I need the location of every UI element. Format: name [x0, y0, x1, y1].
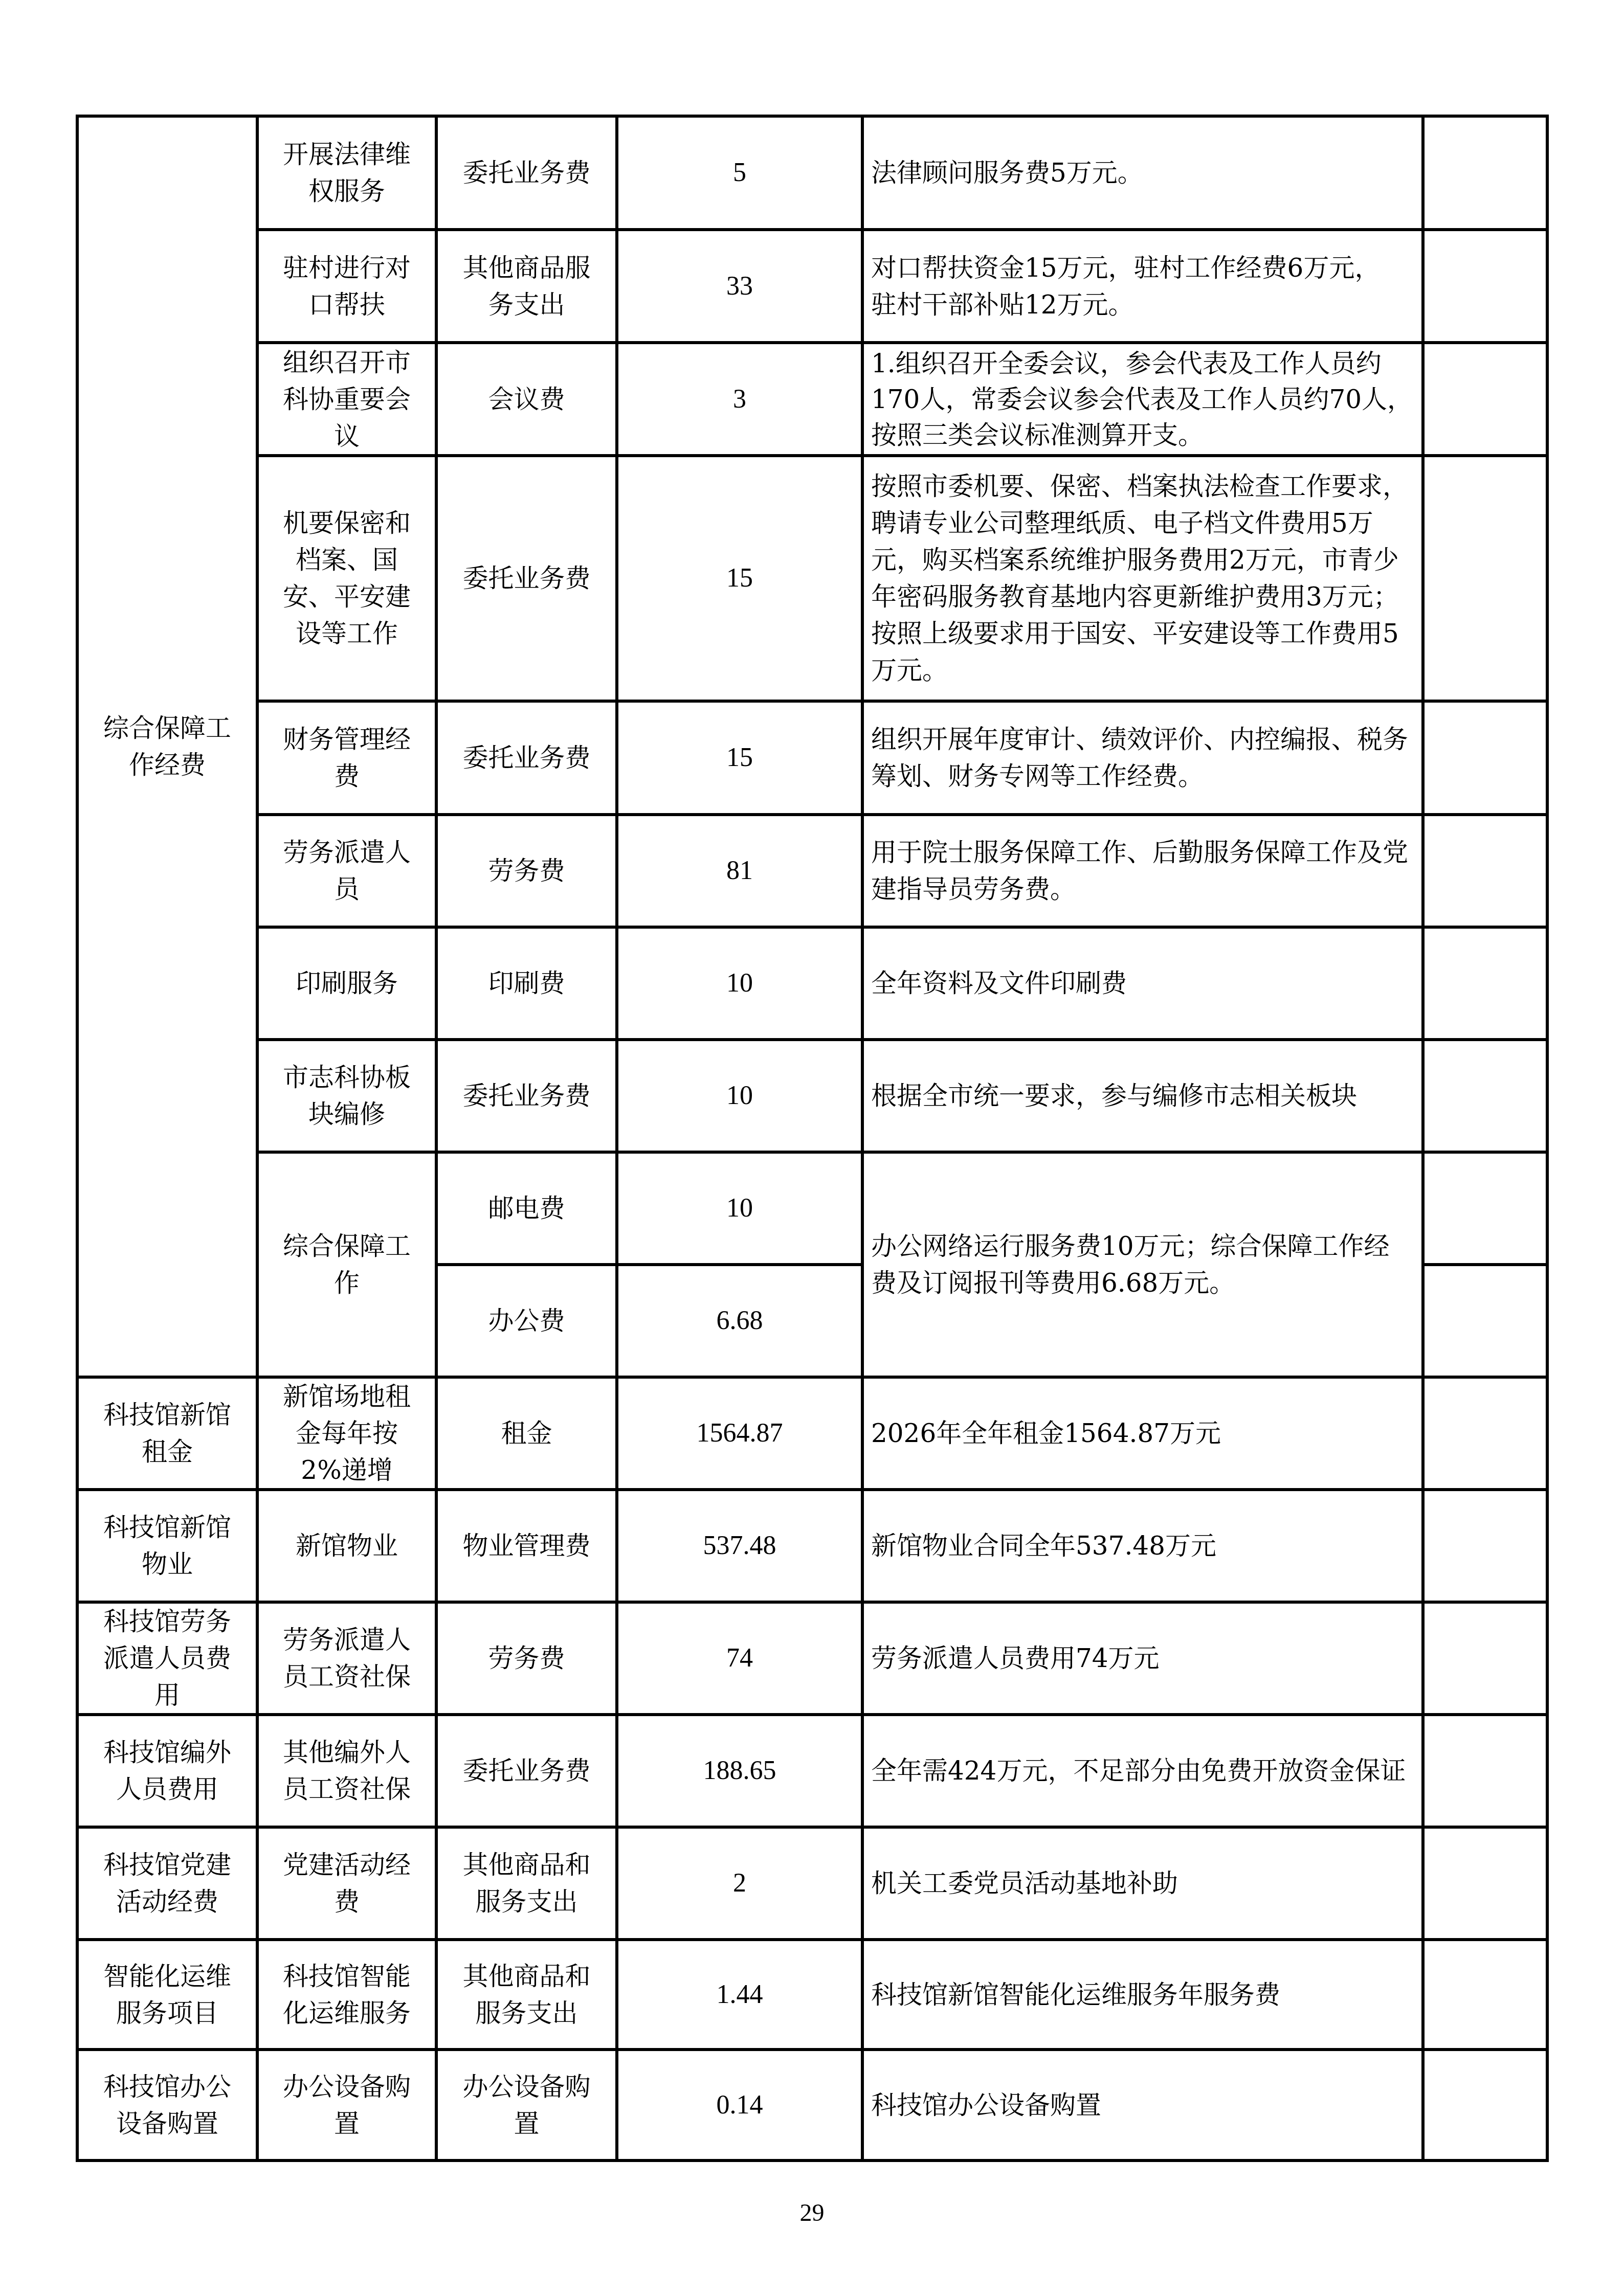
remark-cell [1421, 115, 1549, 231]
item-cell: 新馆场地租金每年按2%递增 [256, 1376, 438, 1491]
item-cell: 党建活动经费 [256, 1826, 438, 1941]
econ-class-cell: 会议费 [435, 341, 618, 457]
econ-class-cell: 其他商品服务支出 [435, 228, 618, 344]
item-cell: 驻村进行对口帮扶 [256, 228, 438, 344]
econ-class-cell: 办公设备购置 [435, 2048, 618, 2162]
remark-cell [1421, 1038, 1549, 1154]
remark-cell [1421, 1601, 1549, 1716]
econ-class-cell: 其他商品和服务支出 [435, 1938, 618, 2051]
amount-cell: 33 [615, 228, 864, 344]
remark-cell [1421, 1488, 1549, 1604]
item-cell: 其他编外人员工资社保 [256, 1713, 438, 1829]
remark-cell [1421, 1151, 1549, 1266]
amount-cell: 15 [615, 700, 864, 816]
amount-cell: 6.68 [615, 1263, 864, 1379]
econ-class-cell: 委托业务费 [435, 700, 618, 816]
amount-cell: 5 [615, 115, 864, 231]
category-cell: 科技馆办公设备购置 [76, 2048, 259, 2162]
econ-class-cell: 委托业务费 [435, 115, 618, 231]
basis-cell: 对口帮扶资金15万元，驻村工作经费6万元，驻村干部补贴12万元。 [861, 228, 1425, 344]
item-cell: 机要保密和档案、国安、平安建设等工作 [256, 454, 438, 703]
basis-cell: 劳务派遣人员费用74万元 [861, 1601, 1425, 1716]
basis-cell: 办公网络运行服务费10万元；综合保障工作经费及订阅报刊等费用6.68万元。 [861, 1151, 1425, 1379]
item-cell: 新馆物业 [256, 1488, 438, 1604]
category-cell: 科技馆编外人员费用 [76, 1713, 259, 1829]
item-cell: 科技馆智能化运维服务 [256, 1938, 438, 2051]
basis-cell: 全年需424万元，不足部分由免费开放资金保证 [861, 1713, 1425, 1829]
econ-class-cell: 委托业务费 [435, 1038, 618, 1154]
page-number: 29 [0, 2199, 1624, 2227]
category-cell: 综合保障工作经费 [76, 115, 259, 1379]
basis-cell: 科技馆办公设备购置 [861, 2048, 1425, 2162]
item-cell: 组织召开市科协重要会议 [256, 341, 438, 457]
basis-cell: 根据全市统一要求，参与编修市志相关板块 [861, 1038, 1425, 1154]
econ-class-cell: 办公费 [435, 1263, 618, 1379]
econ-class-cell: 印刷费 [435, 926, 618, 1041]
amount-cell: 81 [615, 813, 864, 929]
category-cell: 科技馆党建活动经费 [76, 1826, 259, 1941]
item-cell: 印刷服务 [256, 926, 438, 1041]
remark-cell [1421, 2048, 1549, 2162]
remark-cell [1421, 454, 1549, 703]
amount-cell: 0.14 [615, 2048, 864, 2162]
basis-cell: 机关工委党员活动基地补助 [861, 1826, 1425, 1941]
econ-class-cell: 劳务费 [435, 1601, 618, 1716]
basis-cell: 1.组织召开全委会议，参会代表及工作人员约170人，常委会议参会代表及工作人员约… [861, 341, 1425, 457]
item-cell: 综合保障工作 [256, 1151, 438, 1379]
remark-cell [1421, 341, 1549, 457]
category-cell: 科技馆劳务派遣人员费用 [76, 1601, 259, 1716]
item-cell: 财务管理经费 [256, 700, 438, 816]
category-cell: 科技馆新馆租金 [76, 1376, 259, 1491]
econ-class-cell: 租金 [435, 1376, 618, 1491]
basis-cell: 法律顾问服务费5万元。 [861, 115, 1425, 231]
item-cell: 市志科协板块编修 [256, 1038, 438, 1154]
basis-cell: 新馆物业合同全年537.48万元 [861, 1488, 1425, 1604]
remark-cell [1421, 1826, 1549, 1941]
amount-cell: 15 [615, 454, 864, 703]
econ-class-cell: 物业管理费 [435, 1488, 618, 1604]
category-cell: 科技馆新馆物业 [76, 1488, 259, 1604]
remark-cell [1421, 1713, 1549, 1829]
document-page: 综合保障工作经费 科技馆新馆租金 科技馆新馆物业 科技馆劳务派遣人员费用 科技馆… [0, 0, 1624, 2296]
amount-cell: 1.44 [615, 1938, 864, 2051]
amount-cell: 3 [615, 341, 864, 457]
amount-cell: 74 [615, 1601, 864, 1716]
amount-cell: 188.65 [615, 1713, 864, 1829]
category-cell: 智能化运维服务项目 [76, 1938, 259, 2051]
basis-cell: 2026年全年租金1564.87万元 [861, 1376, 1425, 1491]
basis-cell: 组织开展年度审计、绩效评价、内控编报、税务筹划、财务专网等工作经费。 [861, 700, 1425, 816]
amount-cell: 10 [615, 926, 864, 1041]
amount-cell: 10 [615, 1038, 864, 1154]
basis-cell: 用于院士服务保障工作、后勤服务保障工作及党建指导员劳务费。 [861, 813, 1425, 929]
remark-cell [1421, 700, 1549, 816]
item-cell: 劳务派遣人员工资社保 [256, 1601, 438, 1716]
econ-class-cell: 邮电费 [435, 1151, 618, 1266]
econ-class-cell: 委托业务费 [435, 454, 618, 703]
remark-cell [1421, 813, 1549, 929]
amount-cell: 10 [615, 1151, 864, 1266]
basis-cell: 科技馆新馆智能化运维服务年服务费 [861, 1938, 1425, 2051]
econ-class-cell: 劳务费 [435, 813, 618, 929]
basis-cell: 全年资料及文件印刷费 [861, 926, 1425, 1041]
amount-cell: 2 [615, 1826, 864, 1941]
amount-cell: 1564.87 [615, 1376, 864, 1491]
remark-cell [1421, 1376, 1549, 1491]
basis-cell: 按照市委机要、保密、档案执法检查工作要求，聘请专业公司整理纸质、电子档文件费用5… [861, 454, 1425, 703]
amount-cell: 537.48 [615, 1488, 864, 1604]
econ-class-cell: 委托业务费 [435, 1713, 618, 1829]
item-cell: 劳务派遣人员 [256, 813, 438, 929]
remark-cell [1421, 1263, 1549, 1379]
item-cell: 开展法律维权服务 [256, 115, 438, 231]
econ-class-cell: 其他商品和服务支出 [435, 1826, 618, 1941]
remark-cell [1421, 228, 1549, 344]
remark-cell [1421, 1938, 1549, 2051]
item-cell: 办公设备购置 [256, 2048, 438, 2162]
remark-cell [1421, 926, 1549, 1041]
